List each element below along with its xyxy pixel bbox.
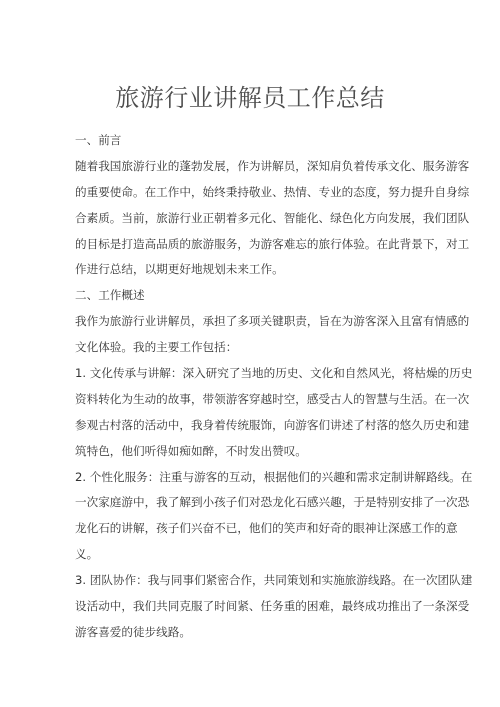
- list-item-line: 游客喜爱的徒步线路。: [75, 620, 427, 646]
- paragraph-line: 随着我国旅游行业的蓬勃发展，作为讲解员，深知肩负着传承文化、服务游客: [75, 154, 427, 180]
- list-item-line: 设活动中，我们共同克服了时间紧、任务重的困难，最终成功推出了一条深受: [75, 594, 427, 620]
- paragraph-line: 的重要使命。在工作中，始终秉持敬业、热情、专业的态度，努力提升自身综: [75, 180, 427, 206]
- document-body: 一、前言 随着我国旅游行业的蓬勃发展，作为讲解员，深知肩负着传承文化、服务游客 …: [75, 128, 427, 646]
- list-item-line: 义。: [75, 542, 427, 568]
- paragraph-line: 作进行总结，以期更好地规划未来工作。: [75, 257, 427, 283]
- list-item-line: 1. 文化传承与讲解：深入研究了当地的历史、文化和自然风光，将枯燥的历史: [75, 361, 427, 387]
- paragraph-line: 我作为旅游行业讲解员，承担了多项关键职责，旨在为游客深入且富有情感的: [75, 309, 427, 335]
- list-item-line: 2. 个性化服务：注重与游客的互动，根据他们的兴趣和需求定制讲解路线。在: [75, 465, 427, 491]
- document-title: 旅游行业讲解员工作总结: [0, 82, 500, 114]
- list-item-line: 龙化石的讲解，孩子们兴奋不已，他们的笑声和好奇的眼神让深感工作的意: [75, 516, 427, 542]
- document-page: 旅游行业讲解员工作总结 一、前言 随着我国旅游行业的蓬勃发展，作为讲解员，深知肩…: [0, 0, 500, 707]
- list-item-line: 筑特色，他们听得如痴如醉，不时发出赞叹。: [75, 439, 427, 465]
- list-item-line: 参观古村落的活动中，我身着传统服饰，向游客们讲述了村落的悠久历史和建: [75, 413, 427, 439]
- paragraph-line: 文化体验。我的主要工作包括：: [75, 335, 427, 361]
- list-item-line: 3. 团队协作：我与同事们紧密合作，共同策划和实施旅游线路。在一次团队建: [75, 568, 427, 594]
- section-heading-preface: 一、前言: [75, 128, 427, 154]
- paragraph-line: 合素质。当前，旅游行业正朝着多元化、智能化、绿色化方向发展，我们团队: [75, 206, 427, 232]
- section-heading-overview: 二、工作概述: [75, 283, 427, 309]
- paragraph-line: 的目标是打造高品质的旅游服务，为游客难忘的旅行体验。在此背景下，对工: [75, 232, 427, 258]
- list-item-line: 资料转化为生动的故事，带领游客穿越时空，感受古人的智慧与生活。在一次: [75, 387, 427, 413]
- list-item-line: 一次家庭游中，我了解到小孩子们对恐龙化石感兴趣，于是特别安排了一次恐: [75, 490, 427, 516]
